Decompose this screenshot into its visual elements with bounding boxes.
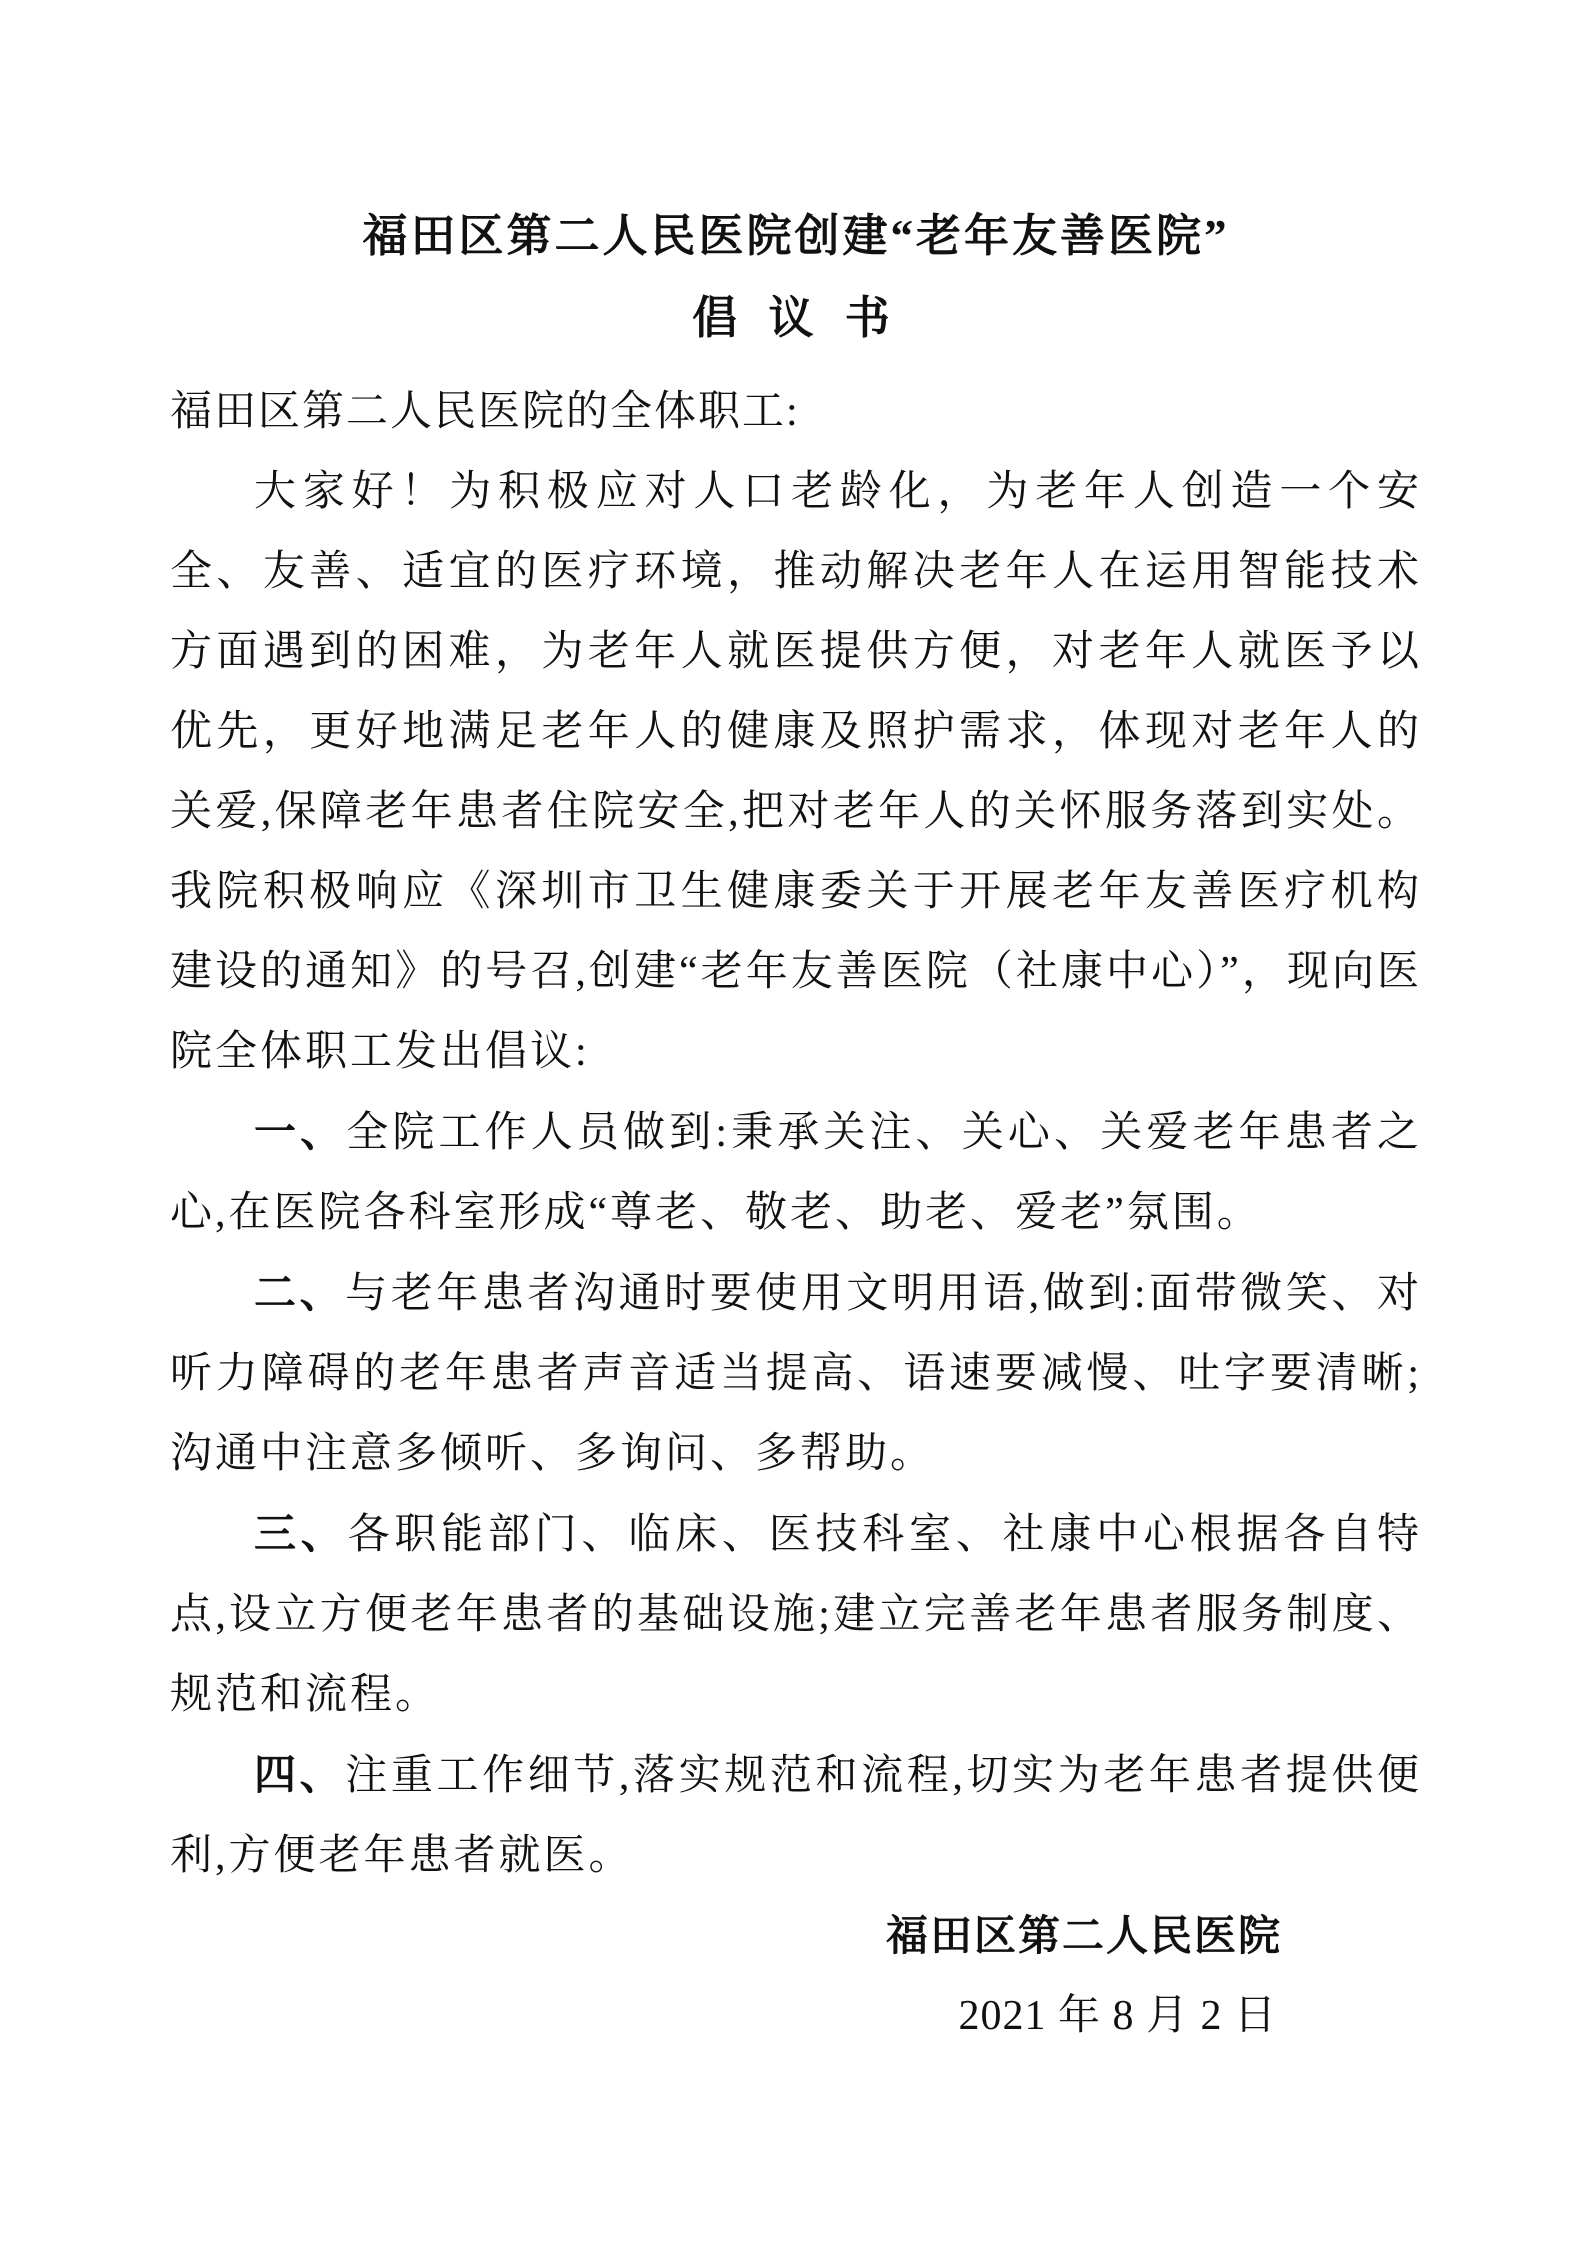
- list-item-4-number: 四、: [254, 1751, 345, 1798]
- list-item-4-text: 注重工作细节,落实规范和流程,切实为老年患者提供便利,方便老年患者就医。: [170, 1753, 1422, 1879]
- list-item-2-number: 二、: [254, 1269, 345, 1316]
- list-item-2-text: 与老年患者沟通时要使用文明用语,做到:面带微笑、对听力障碍的老年患者声音适当提高…: [170, 1271, 1422, 1477]
- list-item-3-number: 三、: [254, 1510, 348, 1557]
- list-item-3-text: 各职能部门、临床、医技科室、社康中心根据各自特点,设立方便老年患者的基础设施;建…: [170, 1512, 1422, 1718]
- signature-line: 福田区第二人民医院: [170, 1896, 1422, 1976]
- document-page: 福田区第二人民医院创建“老年友善医院” 倡 议 书 福田区第二人民医院的全体职工…: [0, 0, 1587, 2245]
- list-item-3: 三、各职能部门、临床、医技科室、社康中心根据各自特点,设立方便老年患者的基础设施…: [170, 1494, 1422, 1735]
- list-item-4: 四、注重工作细节,落实规范和流程,切实为老年患者提供便利,方便老年患者就医。: [170, 1735, 1422, 1896]
- document-subtitle: 倡 议 书: [170, 282, 1422, 354]
- list-item-2: 二、与老年患者沟通时要使用文明用语,做到:面带微笑、对听力障碍的老年患者声音适当…: [170, 1253, 1422, 1494]
- document-body: 大家好！为积极应对人口老龄化，为老年人创造一个安全、友善、适宜的医疗环境，推动解…: [170, 452, 1422, 1896]
- opening-paragraph: 大家好！为积极应对人口老龄化，为老年人创造一个安全、友善、适宜的医疗环境，推动解…: [170, 452, 1422, 1092]
- document-title: 福田区第二人民医院创建“老年友善医院”: [170, 200, 1422, 272]
- list-item-1-number: 一、: [254, 1108, 346, 1155]
- date-line: 2021 年 8 月 2 日: [170, 1976, 1422, 2056]
- salutation-line: 福田区第二人民医院的全体职工:: [170, 372, 1422, 452]
- list-item-1-text: 全院工作人员做到:秉承关注、关心、关爱老年患者之心,在医院各科室形成“尊老、敬老…: [170, 1110, 1422, 1236]
- list-item-1: 一、全院工作人员做到:秉承关注、关心、关爱老年患者之心,在医院各科室形成“尊老、…: [170, 1092, 1422, 1253]
